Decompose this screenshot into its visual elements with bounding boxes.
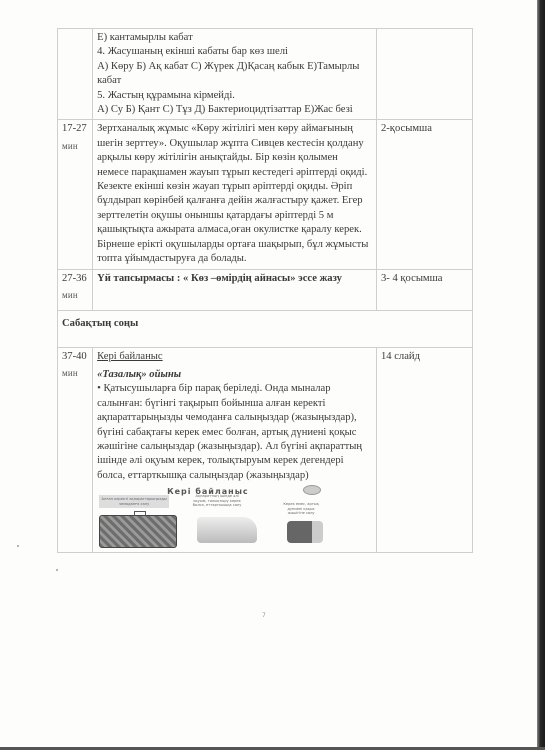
resource-cell: 3- 4 қосымша	[376, 269, 472, 310]
scan-speck	[17, 545, 19, 547]
resource-label: 2-қосымша	[381, 123, 432, 134]
slide-caption-bin: Керек емес, артық дүниені қоқыс жәшігіне…	[279, 502, 323, 515]
lesson-plan-table: Е) кантамырлы кабат 4. Жасушаның екінші …	[57, 28, 473, 553]
quiz-line: А) Көру Б) Ақ кабат С) Жүрек Д)Қасаң каб…	[97, 60, 372, 89]
table-row: Е) кантамырлы кабат 4. Жасушаның екінші …	[58, 29, 473, 120]
quiz-line: А) Су Б) Қант С) Тұз Д) Бактериоцидтізат…	[97, 103, 372, 117]
section-title: Сабақтың соңы	[62, 318, 138, 329]
table-row: 27-36 мин Үй тапсырмасы : « Көз –өмірдің…	[58, 269, 473, 310]
resource-cell: 2-қосымша	[376, 120, 472, 269]
meat-grinder-image	[197, 517, 257, 543]
time-unit: мин	[62, 288, 88, 302]
slide-caption-grinder: Ақпараттың ішінде әлі оқуым, толықтыру к…	[189, 494, 245, 507]
homework-text: Үй тапсырмасы : « Көз –өмірдің айнасы» э…	[97, 273, 342, 284]
time-unit: мин	[62, 366, 88, 380]
resource-cell	[376, 29, 472, 120]
quiz-line: 4. Жасушаның екінші кабаты бар көз шелі	[97, 45, 372, 59]
table-row: Сабақтың соңы	[58, 310, 473, 347]
time-cell	[58, 29, 93, 120]
table-row: 17-27 мин Зертханалық жұмыс «Көру жітілі…	[58, 120, 473, 269]
game-description: • Қатысушыларға бір парақ беріледі. Онда…	[97, 382, 372, 483]
resource-label: 3- 4 қосымша	[381, 273, 443, 284]
content-cell: Үй тапсырмасы : « Көз –өмірдің айнасы» э…	[93, 269, 377, 310]
time-cell: 17-27 мин	[58, 120, 93, 269]
time-range: 37-40	[62, 350, 88, 364]
content-cell: Зертханалық жұмыс «Көру жітілігі мен көр…	[93, 120, 377, 269]
game-title: «Тазалық» ойыны	[97, 368, 372, 382]
table-row: 37-40 мин Кері байланыс «Тазалық» ойыны …	[58, 347, 473, 553]
feedback-heading: Кері байланыс	[97, 350, 372, 364]
time-cell: 37-40 мин	[58, 347, 93, 553]
feedback-slide-image: Кері байланыс Алған керекті ақпараттарың…	[97, 485, 367, 550]
time-unit: мин	[62, 139, 88, 153]
resource-label: 14 слайд	[381, 351, 420, 362]
quiz-line: 5. Жастың құрамына кірмейді.	[97, 89, 372, 103]
time-range: 27-36	[62, 272, 88, 286]
trash-bin-image	[287, 521, 323, 543]
slide-caption-suitcase: Алған керекті ақпараттарыңызды чемоданға…	[99, 495, 169, 508]
resource-cell: 14 слайд	[376, 347, 472, 553]
lab-work-text: Зертханалық жұмыс «Көру жітілігі мен көр…	[97, 122, 372, 237]
section-header: Сабақтың соңы	[58, 310, 473, 347]
content-cell: Е) кантамырлы кабат 4. Жасушаның екінші …	[93, 29, 377, 120]
suitcase-image	[99, 515, 177, 548]
lab-work-note: Бірнеше ерікті оқушыларды ортаға шақырып…	[97, 238, 372, 267]
time-cell: 27-36 мин	[58, 269, 93, 310]
time-range: 17-27	[62, 122, 88, 136]
disc-image	[303, 485, 321, 495]
scan-edge	[537, 0, 545, 750]
content-cell: Кері байланыс «Тазалық» ойыны • Қатысушы…	[93, 347, 377, 553]
page-number: 7	[262, 612, 266, 619]
scan-speck	[56, 569, 58, 571]
quiz-line: Е) кантамырлы кабат	[97, 31, 372, 45]
